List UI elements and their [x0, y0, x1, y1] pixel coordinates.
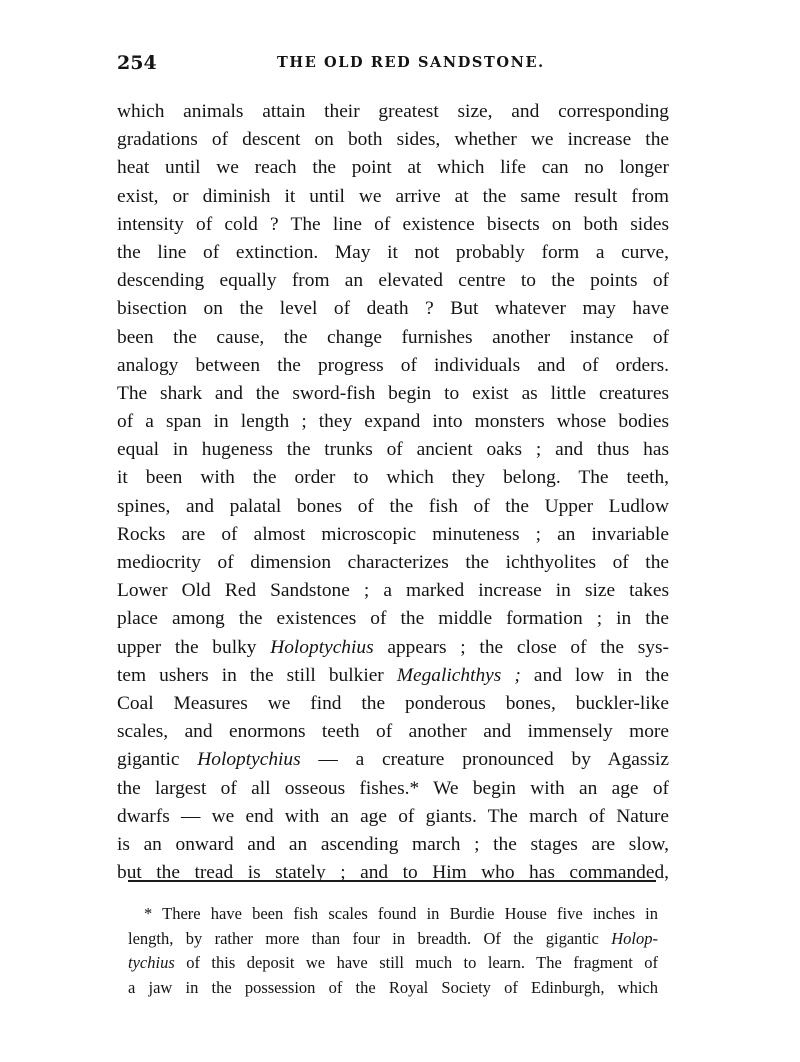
text-line: The shark and the sword-fish begin to ex… — [117, 380, 669, 408]
text-span: and low in the — [521, 665, 669, 686]
text-line: descending equally from an elevated cent… — [117, 267, 669, 295]
italic-taxon: Holoptychius — [197, 749, 300, 770]
italic-taxon: Holoptychius — [270, 637, 373, 658]
text-span: tem ushers in the still bulkier — [117, 665, 397, 686]
text-line: upper the bulky Holoptychius appears ; t… — [117, 634, 669, 662]
footnote-divider — [128, 880, 656, 882]
page-number: 254 — [117, 52, 157, 74]
footnote-line: tychius of this deposit we have still mu… — [128, 951, 658, 976]
italic-taxon: Megalichthys ; — [397, 665, 521, 686]
italic-taxon: Holop- — [611, 929, 658, 948]
text-line: gradations of descent on both sides, whe… — [117, 126, 669, 154]
text-line: scales, and enormons teeth of another an… — [117, 718, 669, 746]
footnote-line: * There have been fish scales found in B… — [128, 902, 658, 927]
text-line: dwarfs — we end with an age of giants. T… — [117, 803, 669, 831]
text-line: it been with the order to which they bel… — [117, 464, 669, 492]
page-header: 254 THE OLD RED SANDSTONE. — [117, 52, 657, 76]
text-span: gigantic — [117, 749, 197, 770]
text-line: which animals attain their greatest size… — [117, 98, 669, 126]
text-line: the line of extinction. May it not proba… — [117, 239, 669, 267]
text-line: Coal Measures we find the ponderous bone… — [117, 690, 669, 718]
text-span: upper the bulky — [117, 637, 270, 658]
text-line: heat until we reach the point at which l… — [117, 154, 669, 182]
text-span: of this deposit we have still much to le… — [175, 953, 658, 972]
body-text: which animals attain their greatest size… — [117, 98, 669, 887]
text-line: spines, and palatal bones of the fish of… — [117, 493, 669, 521]
book-page: 254 THE OLD RED SANDSTONE. which animals… — [0, 0, 800, 1062]
text-span: length, by rather more than four in brea… — [128, 929, 611, 948]
text-line: been the cause, the change furnishes ano… — [117, 324, 669, 352]
text-line: Lower Old Red Sandstone ; a marked incre… — [117, 577, 669, 605]
text-span: — a creature pronounced by Agassiz — [301, 749, 669, 770]
italic-taxon: tychius — [128, 953, 175, 972]
text-line: is an onward and an ascending march ; th… — [117, 831, 669, 859]
text-line: tem ushers in the still bulkier Megalich… — [117, 662, 669, 690]
footnote: * There have been fish scales found in B… — [128, 902, 658, 1000]
running-title: THE OLD RED SANDSTONE. — [277, 54, 545, 71]
text-line: place among the existences of the middle… — [117, 605, 669, 633]
text-line: gigantic Holoptychius — a creature prono… — [117, 746, 669, 774]
text-line: mediocrity of dimension characterizes th… — [117, 549, 669, 577]
text-line: intensity of cold ? The line of existenc… — [117, 211, 669, 239]
text-line: but the tread is stately ; and to Him wh… — [117, 859, 669, 887]
text-line: equal in hugeness the trunks of ancient … — [117, 436, 669, 464]
text-line: analogy between the progress of individu… — [117, 352, 669, 380]
text-line: of a span in length ; they expand into m… — [117, 408, 669, 436]
text-line: exist, or diminish it until we arrive at… — [117, 183, 669, 211]
footnote-line: a jaw in the possession of the Royal Soc… — [128, 976, 658, 1001]
text-line: bisection on the level of death ? But wh… — [117, 295, 669, 323]
footnote-line: length, by rather more than four in brea… — [128, 927, 658, 952]
text-line: Rocks are of almost microscopic minutene… — [117, 521, 669, 549]
text-span: appears ; the close of the sys- — [374, 637, 669, 658]
text-line: the largest of all osseous fishes.* We b… — [117, 775, 669, 803]
